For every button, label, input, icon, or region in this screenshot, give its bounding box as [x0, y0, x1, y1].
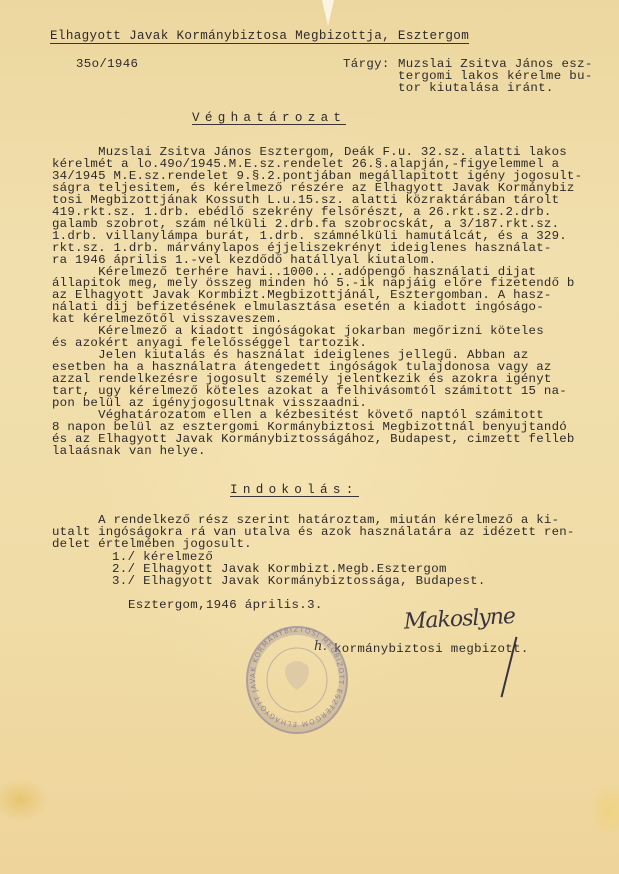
distribution-item: 3./ Elhagyott Javak Kormánybiztossága, B…	[112, 575, 486, 587]
document-page: Elhagyott Javak Kormánybiztosa Megbizott…	[0, 0, 619, 874]
reference-number: 35o/1946	[76, 58, 138, 70]
decision-line: lalaásnak van helye.	[52, 445, 206, 457]
stamp-emblem-icon: ELHAGYOTT JAVAK KORMÁNYBIZTOSI MEGBIZOTT…	[248, 628, 346, 732]
subject-line: tor kiutalása iránt.	[398, 82, 554, 94]
paper-tear	[322, 0, 334, 26]
place-date: Esztergom,1946 április.3.	[128, 599, 323, 611]
handwritten-signature: Makoslyne	[403, 602, 544, 639]
decision-title: Véghatározat	[192, 112, 346, 125]
official-stamp: ELHAGYOTT JAVAK KORMÁNYBIZTOSI MEGBIZOTT…	[246, 626, 348, 734]
justification-title: Indokolás:	[230, 484, 359, 497]
document-header: Elhagyott Javak Kormánybiztosa Megbizott…	[50, 30, 469, 44]
subject-label: Tárgy:	[343, 58, 390, 70]
justification-line: delet értelmében jogosult.	[52, 538, 252, 550]
signatory-title: kormánybiztosi megbizott.	[334, 643, 529, 655]
